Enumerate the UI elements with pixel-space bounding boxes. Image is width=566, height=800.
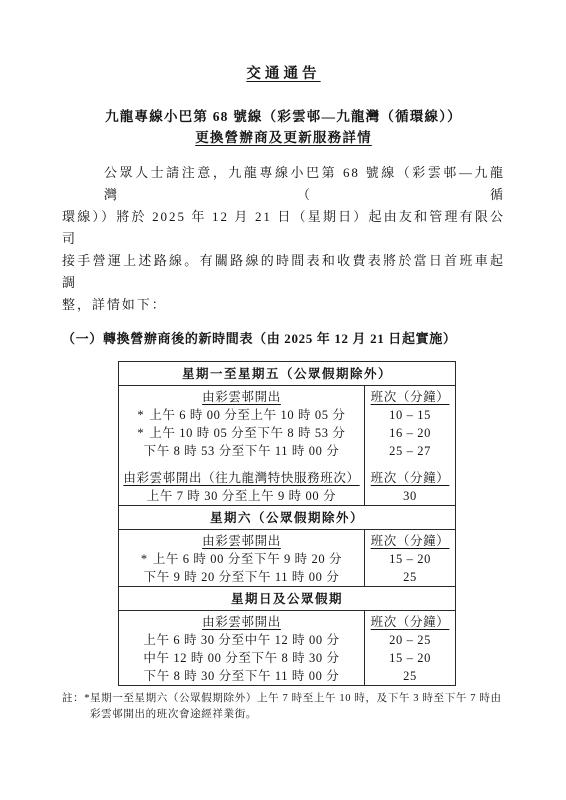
day-header-sunday-holiday: 星期日及公眾假期 — [119, 587, 456, 611]
intro-line: 環線））將於 2025 年 12 月 21 日（星期日）起由友和管理有限公司 — [62, 206, 505, 250]
time-range-cell: 中午 12 時 00 分至下午 8 時 30 分 — [119, 649, 365, 667]
timetable-row: 中午 12 時 00 分至下午 8 時 30 分 15 – 20 — [119, 649, 456, 667]
origin-header: 由彩雲邨開出 — [119, 611, 365, 632]
timetable-row: *上午 6 時 00 分至上午 10 時 05 分 10 – 15 — [119, 406, 456, 424]
time-range-cell: *上午 6 時 00 分至下午 9 時 20 分 — [119, 550, 365, 568]
time-range-cell: 上午 6 時 30 分至中午 12 時 00 分 — [119, 631, 365, 649]
asterisk-mark: * — [137, 408, 144, 422]
time-range-cell: 下午 8 時 30 分至下午 11 時 00 分 — [119, 667, 365, 686]
timetable-row: 下午 8 時 30 分至下午 11 時 00 分 25 — [119, 667, 456, 686]
frequency-cell: 25 — [365, 667, 456, 686]
frequency-cell: 16 – 20 — [365, 424, 456, 442]
origin-header-express: 由彩雲邨開出（往九龍灣特快服務班次） — [119, 460, 365, 487]
timetable: 星期一至星期五（公眾假期除外） 由彩雲邨開出 班次（分鐘） *上午 6 時 00… — [118, 361, 456, 686]
timetable-row: 下午 9 時 20 分至下午 11 時 00 分 25 — [119, 568, 456, 587]
time-range-cell: 下午 8 時 53 分至下午 11 時 00 分 — [119, 442, 365, 460]
route-heading: 九龍專線小巴第 68 號線（彩雲邨—九龍灣（循環線）） — [62, 106, 505, 127]
intro-line: 接手營運上述路線。有關路線的時間表和收費表將於當日首班車起調 — [62, 250, 505, 294]
frequency-cell: 15 – 20 — [365, 649, 456, 667]
origin-header: 由彩雲邨開出 — [119, 530, 365, 551]
timetable-row: 上午 7 時 30 分至上午 9 時 00 分 30 — [119, 487, 456, 506]
frequency-header: 班次（分鐘） — [365, 530, 456, 551]
time-range-cell: 下午 9 時 20 分至下午 11 時 00 分 — [119, 568, 365, 587]
frequency-cell: 25 – 27 — [365, 442, 456, 460]
frequency-cell: 25 — [365, 568, 456, 587]
asterisk-mark: * — [141, 552, 148, 566]
intro-line: 公眾人士請注意，九龍專線小巴第 68 號線（彩雲邨—九龍灣（循 — [62, 162, 505, 206]
frequency-cell: 10 – 15 — [365, 406, 456, 424]
timetable-row: *上午 6 時 00 分至下午 9 時 20 分 15 – 20 — [119, 550, 456, 568]
timetable-row: 下午 8 時 53 分至下午 11 時 00 分 25 – 27 — [119, 442, 456, 460]
footnote-label: 註：* — [62, 691, 90, 723]
time-range-cell: *上午 6 時 00 分至上午 10 時 05 分 — [119, 406, 365, 424]
day-header-weekday: 星期一至星期五（公眾假期除外） — [119, 362, 456, 386]
timetable-row: 上午 6 時 30 分至中午 12 時 00 分 20 – 25 — [119, 631, 456, 649]
frequency-cell: 20 – 25 — [365, 631, 456, 649]
frequency-header: 班次（分鐘） — [365, 386, 456, 407]
intro-paragraph: 公眾人士請注意，九龍專線小巴第 68 號線（彩雲邨—九龍灣（循 環線））將於 2… — [62, 162, 505, 316]
notice-title: 交通通告 — [62, 62, 505, 83]
intro-line: 整，詳情如下： — [62, 294, 505, 316]
origin-header: 由彩雲邨開出 — [119, 386, 365, 407]
day-header-saturday: 星期六（公眾假期除外） — [119, 506, 456, 530]
timetable-row: *上午 10 時 05 分至下午 8 時 53 分 16 – 20 — [119, 424, 456, 442]
footnote-line: 星期一至星期六（公眾假期除外）上午 7 時至上午 10 時，及下午 3 時至下午… — [90, 693, 476, 704]
frequency-header: 班次（分鐘） — [365, 460, 456, 487]
footnote-text: 星期一至星期六（公眾假期除外）上午 7 時至上午 10 時，及下午 3 時至下午… — [90, 691, 505, 723]
footnote: 註：* 星期一至星期六（公眾假期除外）上午 7 時至上午 10 時，及下午 3 … — [62, 691, 505, 723]
notice-document: 交通通告 九龍專線小巴第 68 號線（彩雲邨—九龍灣（循環線）） 更換營辦商及更… — [0, 0, 566, 800]
time-range-cell: 上午 7 時 30 分至上午 9 時 00 分 — [119, 487, 365, 506]
frequency-cell: 15 – 20 — [365, 550, 456, 568]
asterisk-mark: * — [137, 426, 144, 440]
time-range-cell: *上午 10 時 05 分至下午 8 時 53 分 — [119, 424, 365, 442]
frequency-cell: 30 — [365, 487, 456, 506]
frequency-header: 班次（分鐘） — [365, 611, 456, 632]
section-heading: （一）轉換營辦商後的新時間表（由 2025 年 12 月 21 日起實施） — [62, 329, 505, 349]
subject-heading: 更換營辦商及更新服務詳情 — [62, 127, 505, 148]
